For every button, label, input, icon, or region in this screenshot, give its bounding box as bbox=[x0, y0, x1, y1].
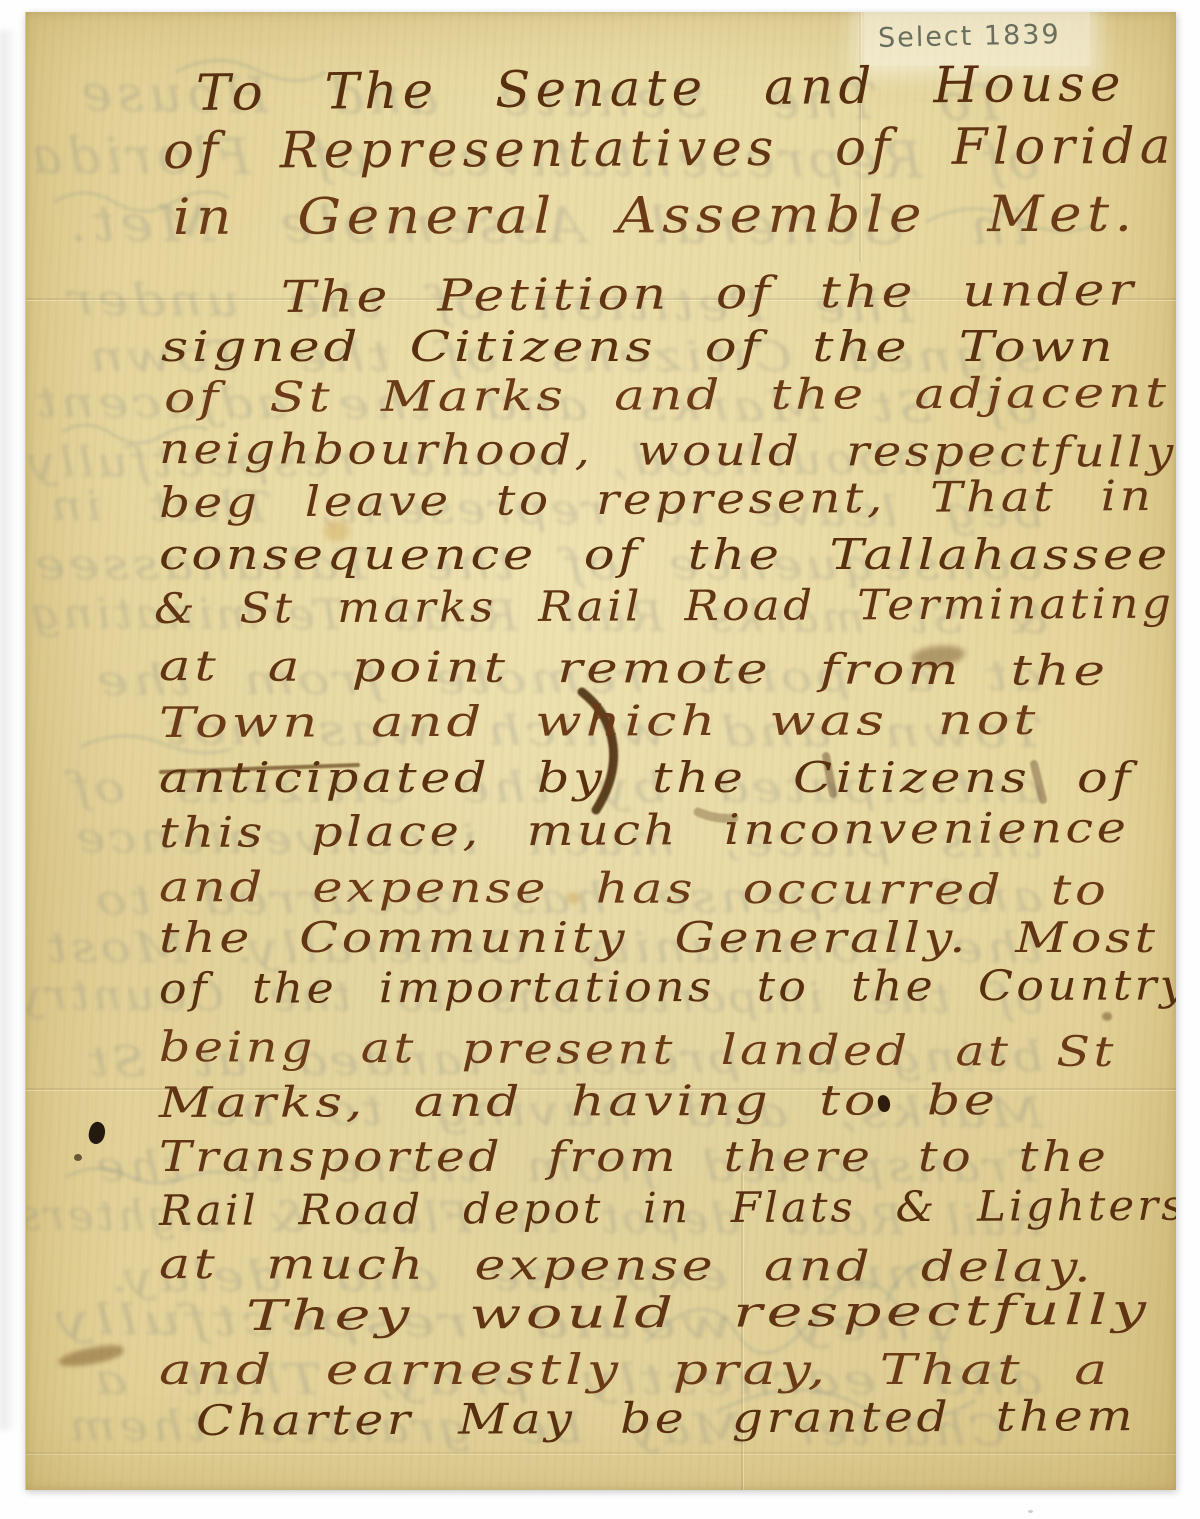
manuscript-line-20: Transported from there to the bbox=[159, 1136, 1109, 1178]
manuscript-line-7: neighbourhood, would respectfully bbox=[159, 428, 1176, 474]
manuscript-line-23: They would respectfully bbox=[246, 1289, 1151, 1337]
manuscript-line-5: signed Citizens of the Town bbox=[161, 326, 1117, 368]
manuscript-line-21: Rail Road depot in Flats & Lighters bbox=[159, 1185, 1176, 1232]
manuscript-line-8: beg leave to represent, That in bbox=[159, 475, 1155, 524]
manuscript-line-25: Charter May be granted them bbox=[196, 1395, 1136, 1442]
manuscript-line-9: consequence of the Tallahassee bbox=[159, 534, 1171, 576]
manuscript-line-13: anticipated by the Citizens of bbox=[159, 757, 1134, 799]
manuscript-line-17: of the importations to the Country bbox=[159, 964, 1176, 1010]
manuscript-line-10: & St marks Rail Road Terminating bbox=[154, 583, 1174, 630]
scanner-edge-shadow bbox=[0, 30, 16, 1430]
manuscript-line-14: this place, much inconvenience bbox=[159, 807, 1130, 854]
manuscript-text: To The Senate and Houseof Representative… bbox=[26, 12, 1176, 1490]
manuscript-page: To The Senate and Houseof Representative… bbox=[25, 12, 1176, 1490]
manuscript-line-4: The Petition of the under bbox=[281, 269, 1137, 320]
scan-speck bbox=[1028, 1510, 1033, 1513]
manuscript-line-11: at a point remote from the bbox=[159, 645, 1109, 692]
manuscript-line-16: the Community Generally. Most bbox=[159, 917, 1159, 959]
manuscript-line-24: and earnestly pray, That a bbox=[159, 1349, 1111, 1391]
manuscript-line-12: Town and which was not bbox=[159, 699, 1039, 744]
manuscript-line-3: in General Assemble Met. bbox=[173, 189, 1138, 242]
scan-background: To The Senate and Houseof Representative… bbox=[0, 0, 1200, 1519]
manuscript-line-19: Marks, and having to be bbox=[159, 1079, 999, 1124]
manuscript-line-6: of St Marks and the adjacent bbox=[164, 372, 1170, 419]
manuscript-line-15: and expense has occurred to bbox=[159, 866, 1110, 911]
manuscript-line-1: To The Senate and House bbox=[196, 58, 1126, 118]
manuscript-line-22: at much expense and delay. bbox=[159, 1243, 1095, 1288]
manuscript-line-2: of Representatives of Florida bbox=[163, 121, 1176, 176]
manuscript-line-18: being at present landed at St bbox=[159, 1026, 1117, 1073]
